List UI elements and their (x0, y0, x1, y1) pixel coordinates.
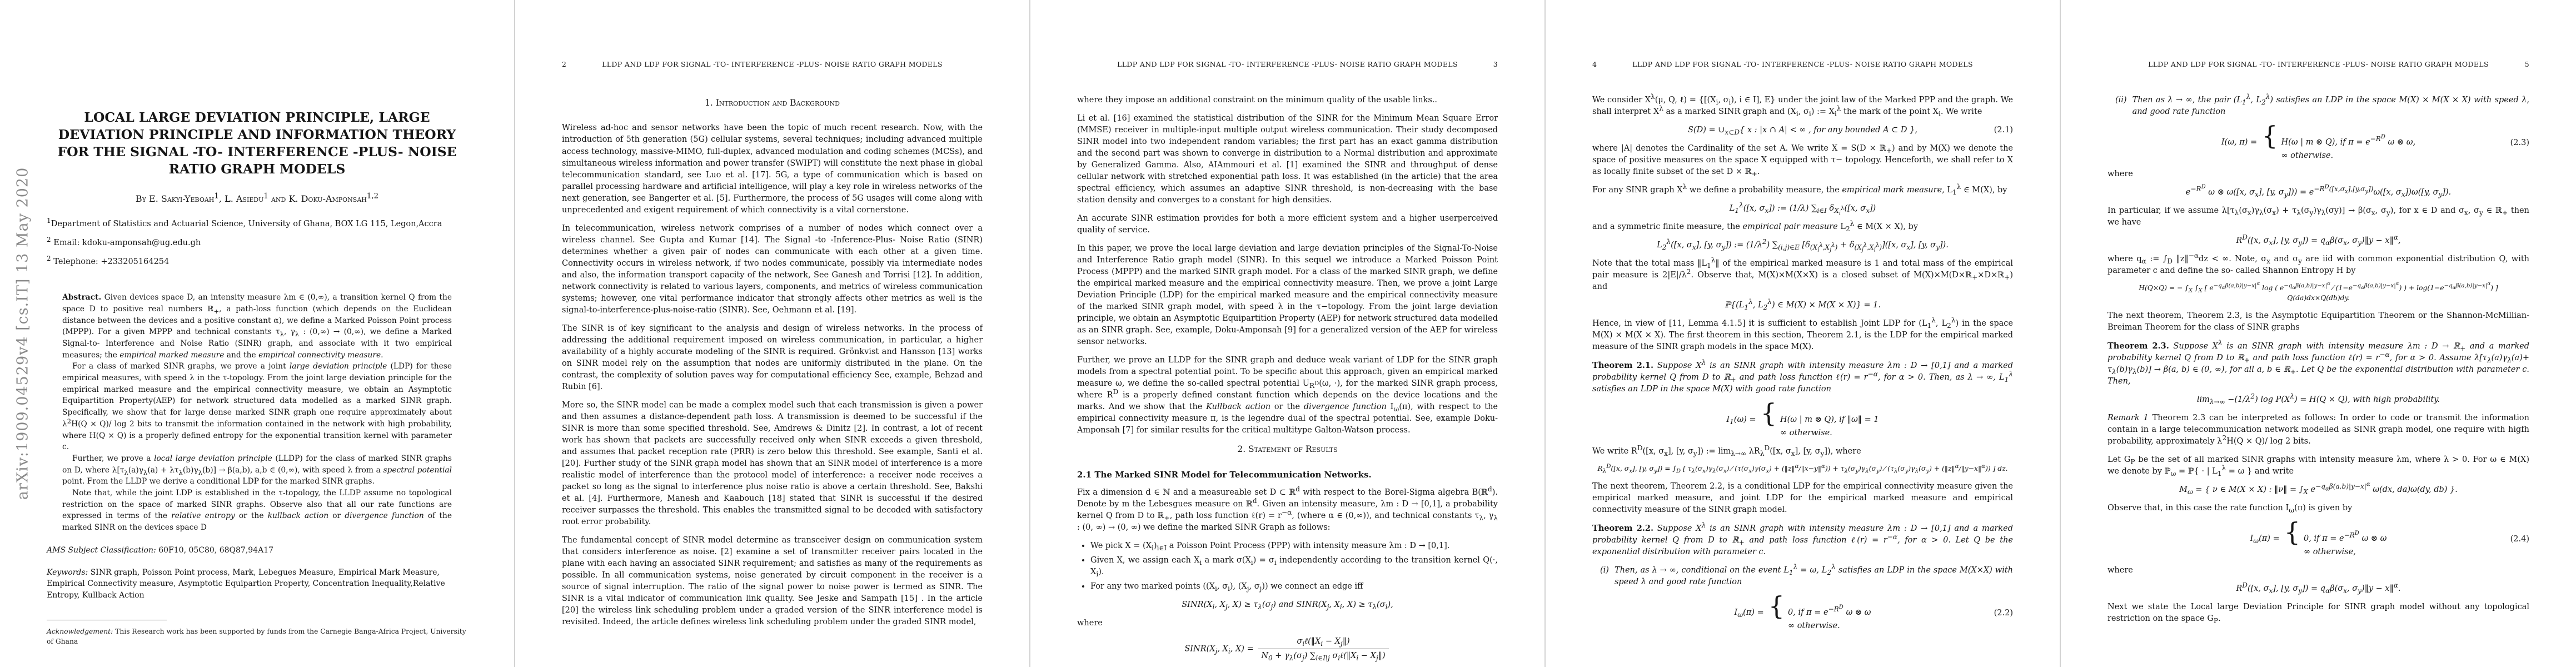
remark-label: Remark 1 (2107, 414, 2149, 422)
equation: I(ω, π) ={H(ω | m ⊗ Q), if π = e−RD ω ⊗ … (2107, 125, 2529, 162)
equation: L2λ([x, σx], [y, σy]) := (1/λ2) ∑(i,j)∈E… (1592, 240, 2013, 251)
equation: Mω = { ν ∈ M(X × X) : ‖ν‖ = ∫X e−qαβ(a,b… (2107, 484, 2529, 496)
equation: RλD([x, σx], [y, σy]) = ∫D [ τλ(σx)γλ(σx… (1592, 464, 2013, 474)
equation-body: I(ω, π) ={H(ω | m ⊗ Q), if π = e−RD ω ⊗ … (2221, 125, 2415, 162)
page-number: 4 (1592, 60, 1621, 68)
paragraph: Observe that, in this case the rate func… (2107, 502, 2529, 514)
paragraph: For any SINR graph Xλ we define a probab… (1592, 185, 2013, 196)
equation-body: ℙ{(L1λ, L2λ) ∈ M(X) × M(X × X)} = 1. (1725, 300, 1881, 311)
equation-body: Iω(π) ={0, if π = e−RD ω ⊗ ω∞ otherwise, (2250, 521, 2387, 558)
equation-body: I1(ω) ={H(ω | m ⊗ Q), if ‖ω‖ = 1∞ otherw… (1726, 402, 1879, 439)
page-4-body: We consider Xλ(μ, Q, ℓ) = {[(Xi, σi), i … (1592, 94, 2013, 632)
theorem-label: Theorem 2.2. (1592, 524, 1653, 533)
paragraph: Further, we prove an LLDP for the SINR g… (1077, 355, 1498, 436)
paragraph: Fix a dimension d ∈ ℕ and a measureable … (1077, 487, 1498, 534)
equation: RD([x, σx], [y, σy]) = qαβ(σx, σy)‖y − x… (2107, 235, 2529, 247)
running-title: LLDP AND LDP FOR SIGNAL -TO- INTERFERENC… (1621, 60, 1984, 68)
equation-body: Iω(π) ={0, if π = e−RD ω ⊗ ω∞ otherwise. (1735, 595, 1871, 632)
abstract-paragraph: Further, we prove a local large deviatio… (62, 453, 452, 487)
acknowledgement-footnote: Acknowledgement: This Research work has … (47, 620, 467, 654)
paragraph: More so, the SINR model can be made a co… (562, 400, 983, 528)
equation-body: SINR(Xj, Xi, X) = σiℓ(‖Xi − Xj‖)N0 + γλ(… (1184, 636, 1390, 662)
remark: Remark 1 Theorem 2.3 can be interpreted … (2107, 412, 2529, 447)
paragraph: The next theorem, Theorem 2.2, is a cond… (1592, 481, 2013, 516)
paragraph: where qα := ∫D ‖z‖−αdz < ∞. Note, σx and… (2107, 253, 2529, 277)
equation: e−RD ω ⊗ ω([x, σx], [y, σy])) = e−RD([x,… (2107, 187, 2529, 198)
equation: H(Q×Q) = − ∫X ∫X [ e−qαβ(a,b)|y−x|α log … (2107, 283, 2529, 303)
running-title: LLDP AND LDP FOR SIGNAL -TO- INTERFERENC… (2136, 60, 2500, 68)
item-text: Then, as λ → ∞, conditional on the event… (1615, 565, 2013, 588)
page-5-body: (ii)Then as λ → ∞, the pair (L1λ, L2λ) s… (2107, 94, 2529, 625)
abstract-label: Abstract. (62, 293, 101, 302)
paragraph: Hence, in view of [11, Lemma 4.1.5] it i… (1592, 318, 2013, 353)
theorem-item: (i)Then, as λ → ∞, conditional on the ev… (1592, 565, 2013, 588)
page-2-body: 1. Introduction and BackgroundWireless a… (562, 97, 983, 628)
page-number: 2 (562, 60, 591, 68)
running-header: LLDP AND LDP FOR SIGNAL -TO- INTERFERENC… (1077, 60, 1498, 68)
paragraph: and a symmetric finite measure, the empi… (1592, 221, 2013, 233)
footnote-rule (47, 620, 167, 620)
paragraph: Let GP be the set of all marked SINR gra… (2107, 454, 2529, 477)
abstract-paragraph: Note that, while the joint LDP is establ… (62, 487, 452, 534)
equation: L1λ([x, σx]) := (1/λ) ∑i∈I δXiλ([x, σx]) (1592, 203, 2013, 215)
section-heading: 2. Statement of Results (1077, 443, 1498, 455)
page-1: LOCAL LARGE DEVIATION PRINCIPLE, LARGE D… (0, 0, 515, 667)
equation: SINR(Xj, Xi, X) = σiℓ(‖Xi − Xj‖)N0 + γλ(… (1077, 636, 1498, 662)
page-5: LLDP AND LDP FOR SIGNAL -TO- INTERFERENC… (2061, 0, 2576, 667)
paragraph: Wireless ad-hoc and sensor networks have… (562, 122, 983, 216)
text-line: where (2107, 168, 2529, 180)
document-canvas: arXiv:1909.04529v4 [cs.IT] 13 May 2020 L… (0, 0, 2576, 667)
item-marker: (ii) (2107, 94, 2127, 118)
equation: I1(ω) ={H(ω | m ⊗ Q), if ‖ω‖ = 1∞ otherw… (1592, 402, 2013, 439)
equation: RD([x, σx], [y, σy]) = qαβ(σx, σy)‖y − x… (2107, 583, 2529, 595)
equation-number: (2.2) (1994, 608, 2013, 619)
equation-body: e−RD ω ⊗ ω([x, σx], [y, σy])) = e−RD([x,… (2186, 187, 2451, 198)
paragraph: In particular, if we assume λ[τλ(σx)γλ(σ… (2107, 205, 2529, 228)
paragraph: The fundamental concept of SINR model de… (562, 535, 983, 628)
equation: Iω(π) ={0, if π = e−RD ω ⊗ ω∞ otherwise.… (1592, 595, 2013, 632)
running-header: 4 LLDP AND LDP FOR SIGNAL -TO- INTERFERE… (1592, 60, 2013, 68)
paragraph: We write RD([x, σx], [y, σy]) := limλ→∞ … (1592, 446, 2013, 457)
section-heading: 1. Introduction and Background (562, 97, 983, 109)
page-number: 3 (1469, 60, 1498, 68)
equation-body: RD([x, σx], [y, σy]) = qαβ(σx, σy)‖y − x… (2236, 235, 2400, 247)
address-line: 2 Telephone: +233205164254 (47, 256, 467, 268)
equation: Iω(π) ={0, if π = e−RD ω ⊗ ω∞ otherwise,… (2107, 521, 2529, 558)
equation-number: (2.3) (2510, 137, 2529, 149)
meta-line: AMS Subject Classification: 60F10, 05C80… (47, 545, 467, 556)
abstract-paragraph: Abstract. Given devices space D, an inte… (62, 292, 452, 361)
paragraph: Note that the total mass ‖L1λ‖ of the em… (1592, 258, 2013, 293)
theorem-item: (ii)Then as λ → ∞, the pair (L1λ, L2λ) s… (2107, 94, 2529, 118)
equation-body: S(D) = ∪x⊂D{ x : |x ∩ A| < ∞ , for any b… (1688, 125, 1917, 136)
bullet-list: We pick X = (Xi)i∈I a Poisson Point Proc… (1090, 540, 1498, 593)
paragraph: In telecommunication, wireless network c… (562, 223, 983, 316)
equation: S(D) = ∪x⊂D{ x : |x ∩ A| < ∞ , for any b… (1592, 125, 2013, 136)
paragraph: In this paper, we prove the local large … (1077, 243, 1498, 348)
paragraph: We consider Xλ(μ, Q, ℓ) = {[(Xi, σi), i … (1592, 94, 2013, 118)
page-4: 4 LLDP AND LDP FOR SIGNAL -TO- INTERFERE… (1546, 0, 2061, 667)
page-3-body: where they impose an additional constrai… (1077, 94, 1498, 662)
page-2: 2 LLDP AND LDP FOR SIGNAL -TO- INTERFERE… (515, 0, 1030, 667)
item-text: Then as λ → ∞, the pair (L1λ, L2λ) satis… (2132, 94, 2529, 118)
subsection-heading: 2.1 The Marked SINR Model for Telecommun… (1077, 469, 1498, 481)
equation-body: H(Q×Q) = − ∫X ∫X [ e−qαβ(a,b)|y−x|α log … (2107, 283, 2529, 303)
equation-body: L2λ([x, σx], [y, σy]) := (1/λ2) ∑(i,j)∈E… (1657, 240, 1949, 251)
running-title: LLDP AND LDP FOR SIGNAL -TO- INTERFERENC… (1106, 60, 1469, 68)
paper-title: LOCAL LARGE DEVIATION PRINCIPLE, LARGE D… (50, 109, 464, 178)
equation-body: RλD([x, σx], [y, σy]) = ∫D [ τλ(σx)γλ(σx… (1597, 464, 2007, 474)
bullet-item: Given X, we assign each Xi a mark σ(Xi) … (1090, 555, 1498, 578)
equation-body: RD([x, σx], [y, σy]) = qαβ(σx, σy)‖y − x… (2236, 583, 2400, 595)
equation: limλ→∞ −(1/λ2) log P(Xλ) = H(Q × Q), wit… (2107, 394, 2529, 406)
footnote-text: Acknowledgement: This Research work has … (47, 627, 467, 647)
bullet-item: We pick X = (Xi)i∈I a Poisson Point Proc… (1090, 540, 1498, 552)
page-1-body: LOCAL LARGE DEVIATION PRINCIPLE, LARGE D… (47, 109, 467, 654)
theorem-label: Theorem 2.1. (1592, 361, 1653, 370)
theorem-label: Theorem 2.3. (2107, 341, 2169, 351)
equation: SINR(Xi, Xj, X) ≥ τλ(σj) and SINR(Xj, Xi… (1077, 599, 1498, 611)
meta-label: AMS Subject Classification: (47, 546, 156, 555)
page-3: LLDP AND LDP FOR SIGNAL -TO- INTERFERENC… (1030, 0, 1546, 667)
theorem: Theorem 2.2. Suppose Xλ is an SINR graph… (1592, 522, 2013, 558)
address-line: 1Department of Statistics and Actuarial … (47, 218, 467, 230)
item-marker: (i) (1592, 565, 1609, 588)
running-header: LLDP AND LDP FOR SIGNAL -TO- INTERFERENC… (2107, 60, 2529, 68)
equation-body: L1λ([x, σx]) := (1/λ) ∑i∈I δXiλ([x, σx]) (1730, 203, 1876, 215)
authors-line: By E. Sakyi-Yeboah1, L. Asiedu1 and K. D… (47, 192, 467, 205)
paragraph: The next theorem, Theorem 2.3, is the As… (2107, 310, 2529, 333)
meta-label: Keywords: (47, 568, 88, 577)
paragraph: Next we state the Local large Deviation … (2107, 601, 2529, 625)
equation-body: SINR(Xi, Xj, X) ≥ τλ(σj) and SINR(Xj, Xi… (1182, 599, 1393, 611)
abstract: Abstract. Given devices space D, an inte… (62, 292, 452, 533)
running-title: LLDP AND LDP FOR SIGNAL -TO- INTERFERENC… (591, 60, 954, 68)
text-line: where (1077, 618, 1498, 629)
paragraph: Li et al. [16] examined the statistical … (1077, 113, 1498, 206)
theorem: Theorem 2.1. Suppose Xλ is an SINR graph… (1592, 360, 2013, 395)
abstract-paragraph: For a class of marked SINR graphs, we pr… (62, 361, 452, 453)
paragraph: The SINR is of key significant to the an… (562, 323, 983, 393)
arxiv-stamp: arXiv:1909.04529v4 [cs.IT] 13 May 2020 (14, 167, 32, 500)
theorem: Theorem 2.3. Suppose Xλ is an SINR graph… (2107, 340, 2529, 387)
text-line: where (2107, 565, 2529, 576)
equation: ℙ{(L1λ, L2λ) ∈ M(X) × M(X × X)} = 1. (1592, 300, 2013, 311)
paragraph: An accurate SINR estimation provides for… (1077, 213, 1498, 236)
running-header: 2 LLDP AND LDP FOR SIGNAL -TO- INTERFERE… (562, 60, 983, 68)
meta-line: Keywords: SINR graph, Poisson Point proc… (47, 567, 467, 601)
bullet-item: For any two marked points ((Xi, σi), (Xj… (1090, 581, 1498, 593)
equation-number: (2.1) (1994, 125, 2013, 136)
paragraph: where |A| denotes the Cardinality of the… (1592, 143, 2013, 178)
page-number: 5 (2500, 60, 2529, 68)
paragraph: where they impose an additional constrai… (1077, 94, 1498, 106)
equation-number: (2.4) (2510, 534, 2529, 545)
address-line: 2 Email: kdoku-amponsah@ug.edu.gh (47, 237, 467, 249)
equation-body: limλ→∞ −(1/λ2) log P(Xλ) = H(Q × Q), wit… (2197, 394, 2440, 406)
equation-body: Mω = { ν ∈ M(X × X) : ‖ν‖ = ∫X e−qαβ(a,b… (2179, 484, 2458, 496)
